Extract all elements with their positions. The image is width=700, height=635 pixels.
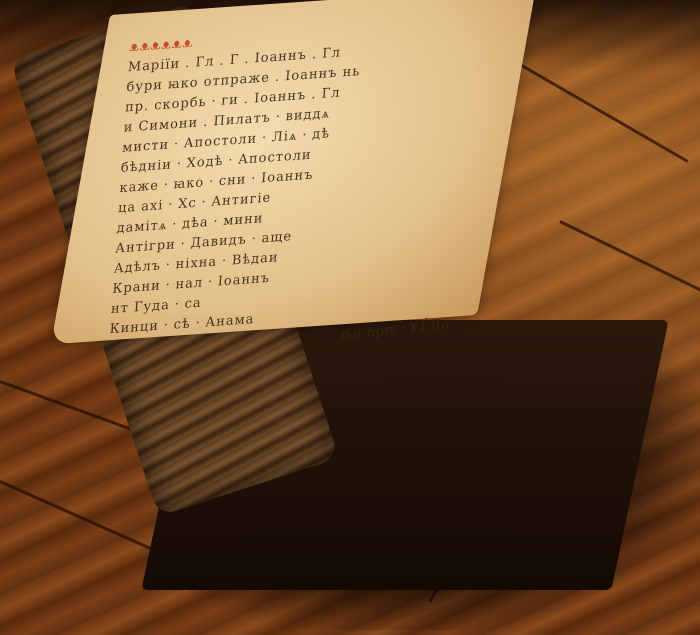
photo-scene: ᴥᴥᴥᴥᴥᴥ Маріїи . Гл . Г . Іоаннъ . Гл бур…	[0, 0, 700, 635]
manuscript-text: ᴥᴥᴥᴥᴥᴥ Маріїи . Гл . Г . Іоаннъ . Гл бур…	[109, 9, 549, 341]
table-plank-seam	[559, 220, 700, 293]
